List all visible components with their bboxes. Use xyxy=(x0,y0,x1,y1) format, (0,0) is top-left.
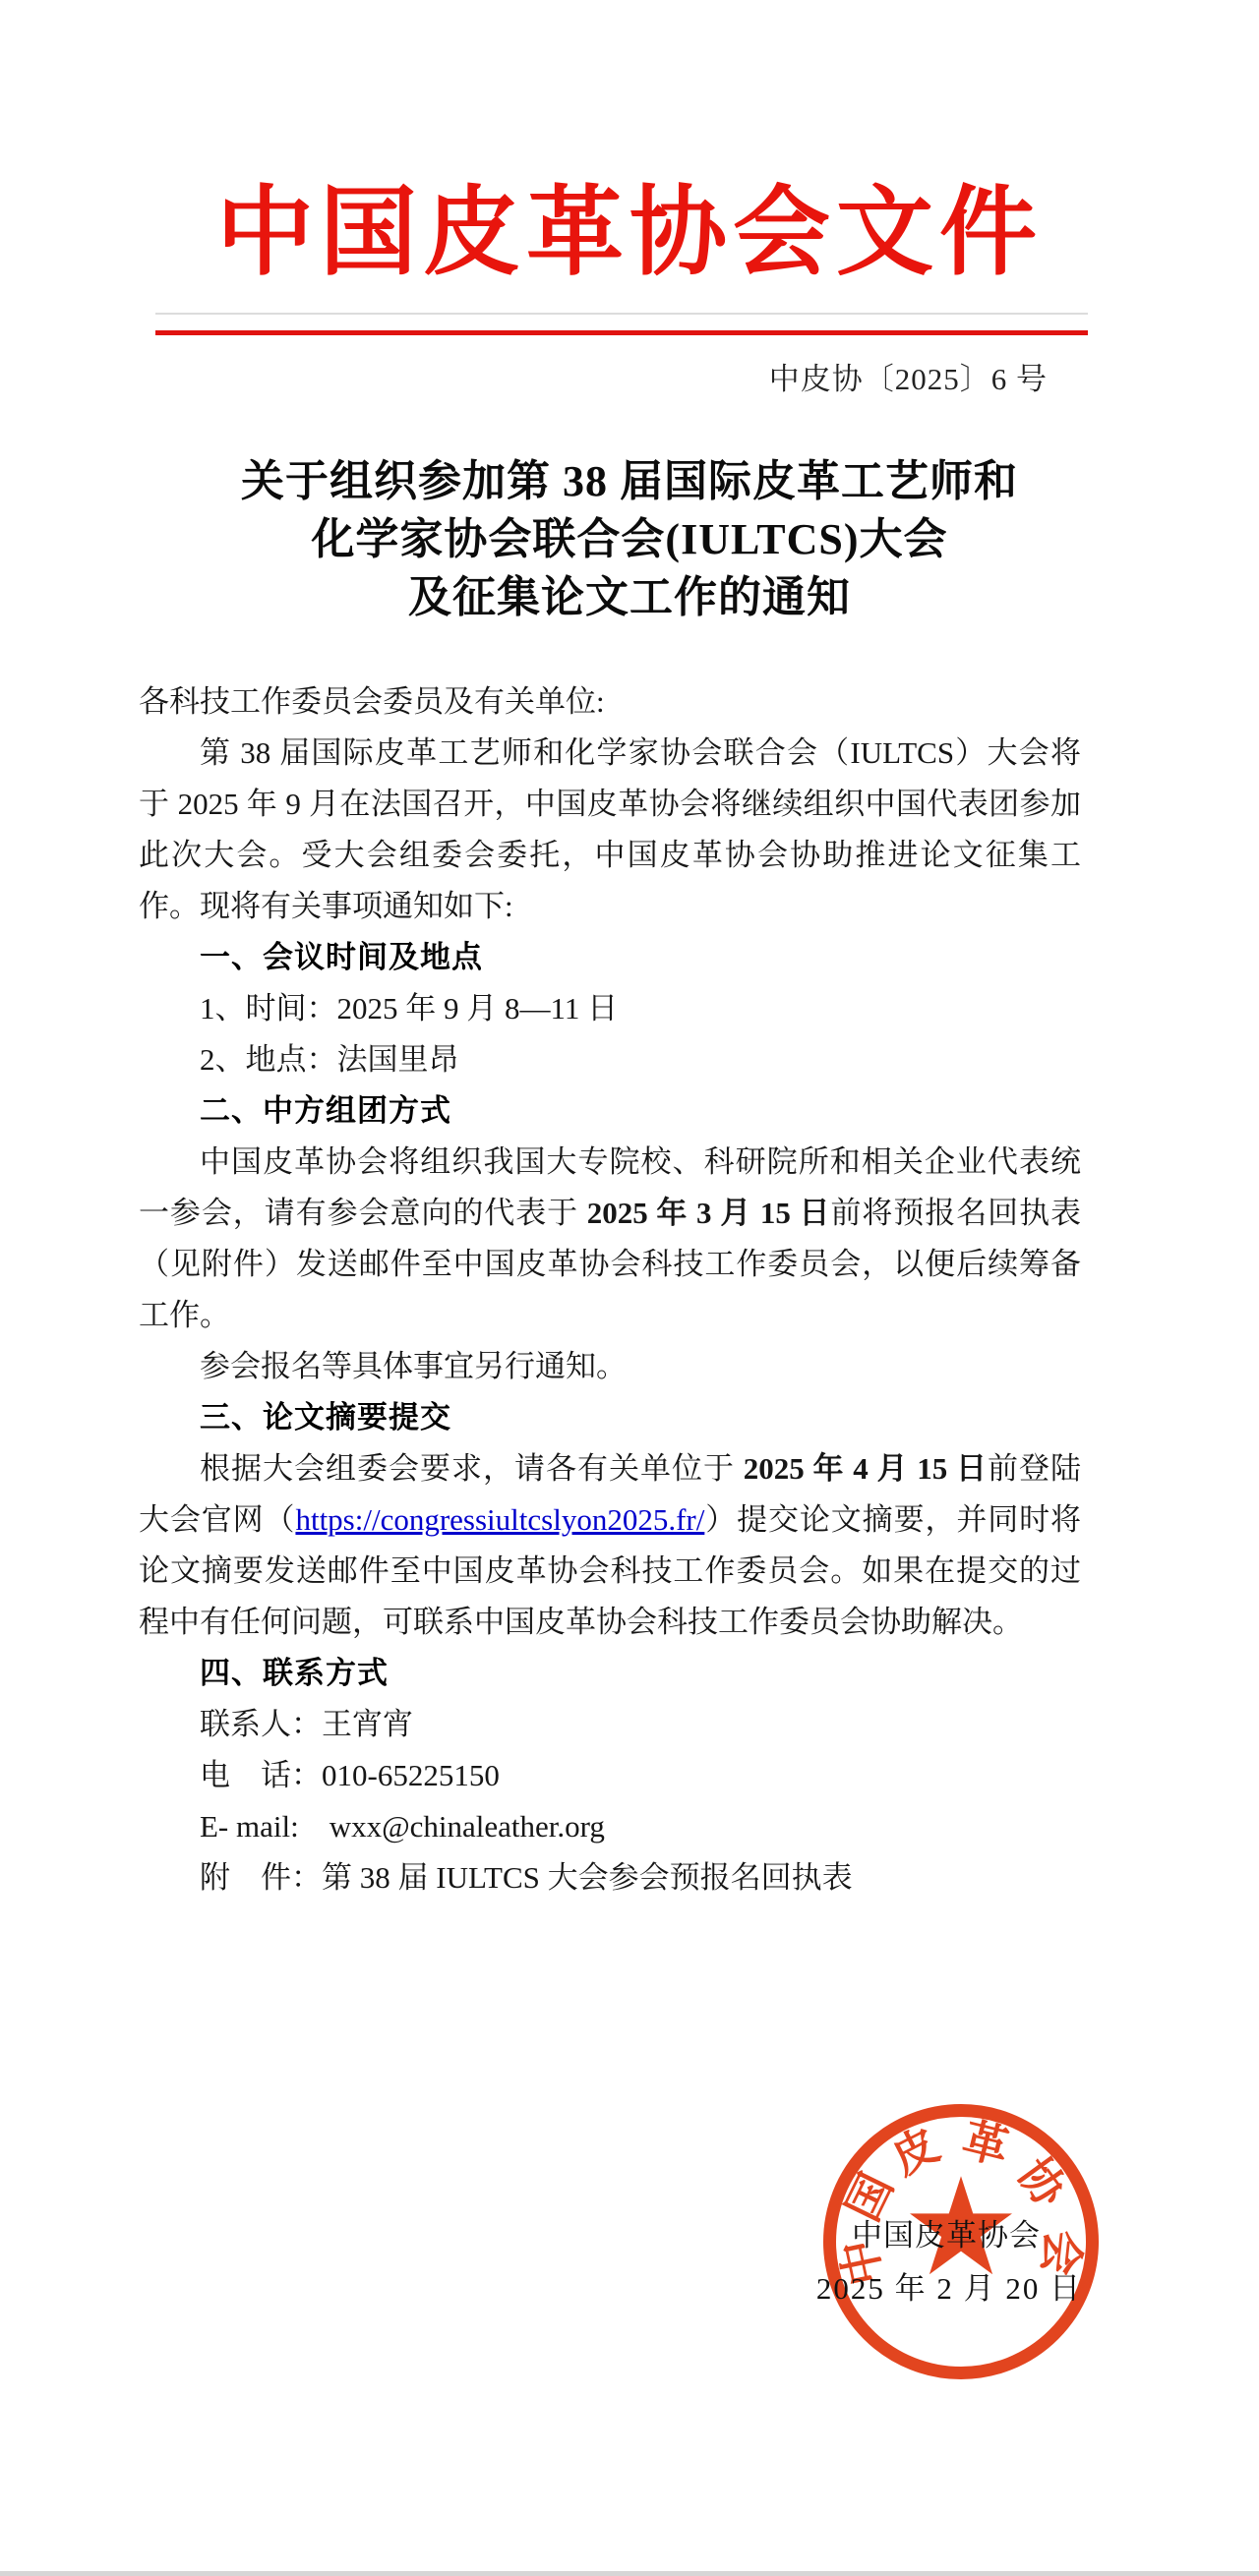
section-3-paragraph-1: 根据大会组委会要求，请各有关单位于 2025 年 4 月 15 日前登陆大会官网… xyxy=(139,1443,1081,1648)
document-body: 各科技工作委员会委员及有关单位: 第 38 届国际皮革工艺师和化学家协会联合会（… xyxy=(139,676,1081,1903)
signature-date: 2025 年 2 月 20 日 xyxy=(728,2269,1170,2309)
letterhead-title: 中国皮革协会文件 xyxy=(0,180,1259,288)
section-1-heading: 一、会议时间及地点 xyxy=(139,932,1081,983)
document-title-line-2: 化学家协会联合会(IULTCS)大会 xyxy=(0,510,1259,568)
contact-person: 联系人：王宵宵 xyxy=(139,1699,1081,1750)
document-title-line-1: 关于组织参加第 38 届国际皮革工艺师和 xyxy=(0,452,1259,510)
page-bottom-edge xyxy=(0,2571,1259,2576)
section-2-heading: 二、中方组团方式 xyxy=(139,1085,1081,1137)
section-2-paragraph-2: 参会报名等具体事宜另行通知。 xyxy=(139,1341,1081,1392)
deadline-registration-date: 2025 年 3 月 15 日 xyxy=(587,1196,831,1230)
letterhead-hairline xyxy=(155,313,1088,315)
attachment-note: 附 件：第 38 届 IULTCS 大会参会预报名回执表 xyxy=(139,1852,1081,1903)
official-document-page: 中国皮革协会文件 中皮协〔2025〕6 号 关于组织参加第 38 届国际皮革工艺… xyxy=(0,0,1259,2576)
salutation: 各科技工作委员会委员及有关单位: xyxy=(139,676,1081,728)
section-4-heading: 四、联系方式 xyxy=(139,1648,1081,1699)
contact-phone: 电 话：010-65225150 xyxy=(139,1750,1081,1801)
section-3-text-pre: 根据大会组委会要求，请各有关单位于 xyxy=(200,1451,744,1486)
section-1-place: 2、地点：法国里昂 xyxy=(139,1034,1081,1085)
document-title-line-3: 及征集论文工作的通知 xyxy=(0,568,1259,626)
letterhead-red-rule xyxy=(155,330,1088,335)
deadline-abstract-date: 2025 年 4 月 15 日 xyxy=(744,1451,988,1486)
contact-email: E- mail: wxx@chinaleather.org xyxy=(139,1801,1081,1852)
section-3-heading: 三、论文摘要提交 xyxy=(139,1392,1081,1443)
section-1-time: 1、时间：2025 年 9 月 8—11 日 xyxy=(139,983,1081,1034)
document-number: 中皮协〔2025〕6 号 xyxy=(769,361,1048,398)
signature-organization: 中国皮革协会 xyxy=(725,2216,1168,2255)
section-2-paragraph-1: 中国皮革协会将组织我国大专院校、科研院所和相关企业代表统一参会，请有参会意向的代… xyxy=(139,1137,1081,1341)
conference-website-link[interactable]: https://congressiultcslyon2025.fr/ xyxy=(295,1502,704,1537)
intro-paragraph: 第 38 届国际皮革工艺师和化学家协会联合会（IULTCS）大会将于 2025 … xyxy=(139,728,1081,932)
document-title: 关于组织参加第 38 届国际皮革工艺师和 化学家协会联合会(IULTCS)大会 … xyxy=(0,452,1259,626)
